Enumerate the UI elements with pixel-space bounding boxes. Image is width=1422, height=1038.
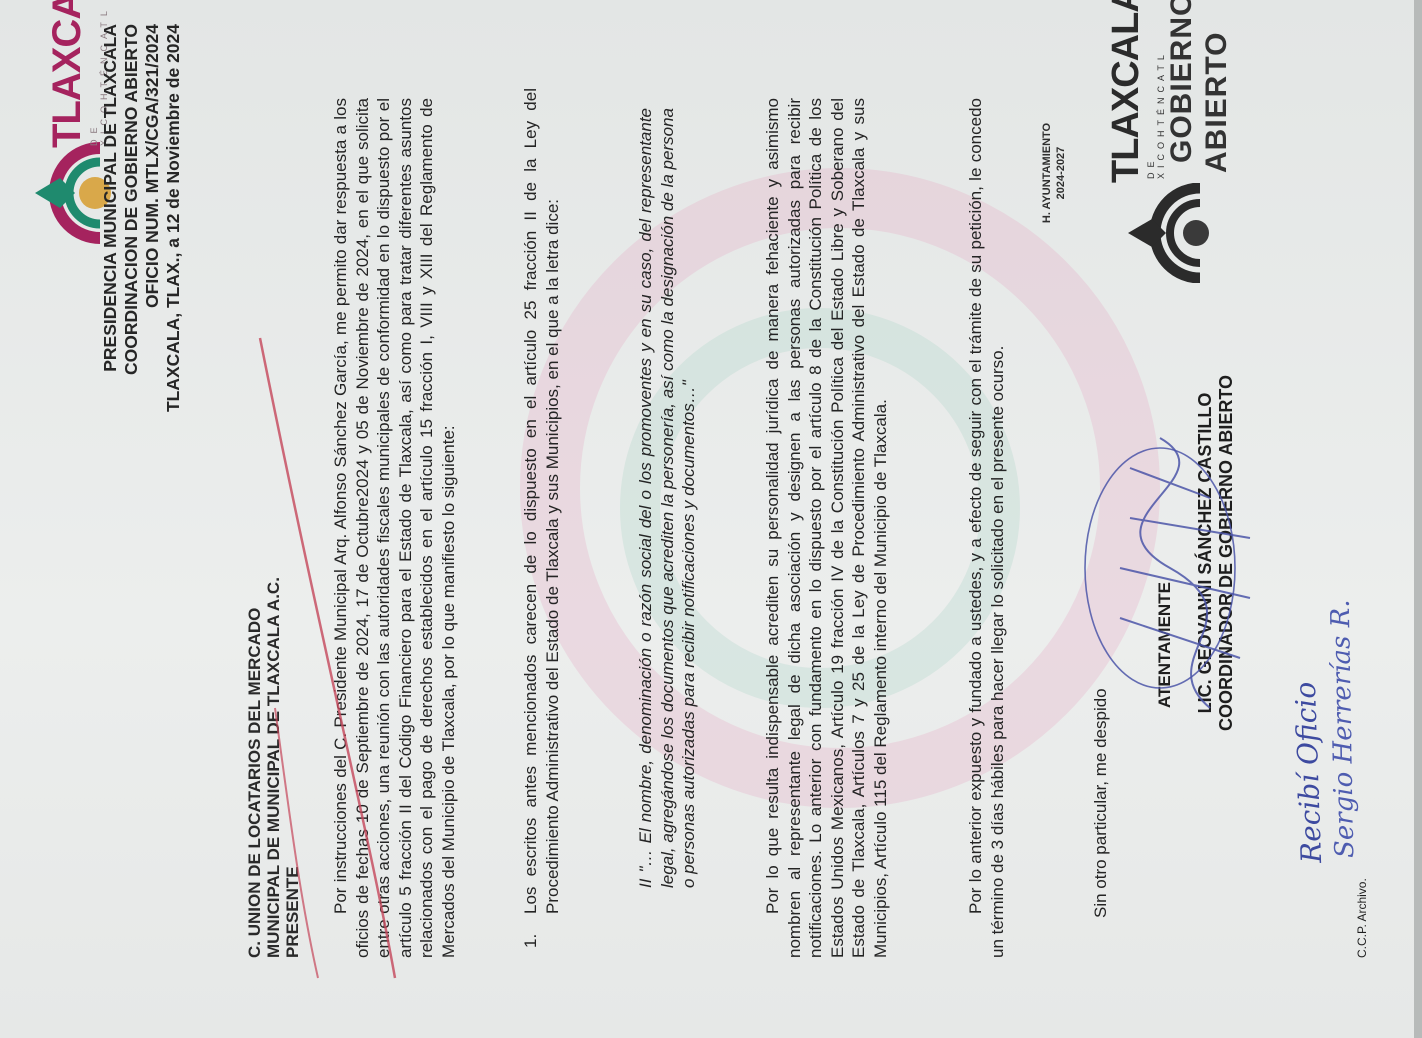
paragraph-3: Por lo anterior expuesto y fundado a ust…: [965, 98, 1008, 958]
signer-block: LIC. GEOVANNI SÁNCHEZ CASTILLO COORDINAD…: [1195, 293, 1237, 813]
stamp-gobierno: GOBIERNO: [1165, 0, 1199, 163]
list-item-number: 1.: [520, 934, 542, 948]
addressee-line2: MUNICIPAL DE MUNICIPAL DE TLAXCALA A.C.: [264, 577, 283, 958]
header-date: TLAXCALA, TLAX., a 12 de Noviembre de 20…: [163, 24, 184, 584]
addressee-line3: PRESENTE: [283, 577, 302, 958]
handwritten-name: Sergio Herrerías R.: [1326, 599, 1361, 858]
list-item-1: 1. Los escritos antes mencionados carece…: [520, 88, 563, 948]
paragraph-2: Por lo que resulta indispensable acredit…: [762, 98, 891, 958]
stamp-abierto: ABIERTO: [1200, 32, 1234, 173]
stamp-ayuntamiento-label: H. AYUNTAMIENTO: [1040, 103, 1054, 243]
stamp-emblem-icon: [1110, 183, 1210, 283]
cc-archive: C.C.P. Archivo.: [1355, 878, 1369, 958]
document-page: TLAXCALA DE XICOHTÉNCATL PRESIDENCIA MUN…: [0, 0, 1422, 1038]
closing-line: Sin otro particular, me despido: [1090, 688, 1112, 918]
header-coordinacion: COORDINACION DE GOBIERNO ABIERTO: [121, 24, 142, 584]
logo-brand: TLAXCALA: [45, 0, 90, 148]
list-item-text: Los escritos antes mencionados carecen d…: [520, 88, 563, 914]
stamp-ayuntamiento: H. AYUNTAMIENTO 2024-2027: [1040, 103, 1068, 243]
photo-edge: [1414, 0, 1422, 1038]
paragraph-1: Por instrucciones del C. Presidente Muni…: [330, 98, 459, 958]
stamp-subtitle: DE XICOHTÉNCATL: [1146, 23, 1166, 179]
legal-quote: II "… El nombre, denominación o razón so…: [635, 108, 700, 888]
paragraph-3-text: Por lo anterior expuesto y fundado a ust…: [966, 98, 1007, 958]
handwritten-received: Recibí Oficio: [1289, 681, 1328, 863]
stamp-period: 2024-2027: [1054, 103, 1068, 243]
addressee-line1: C. UNION DE LOCATARIOS DEL MERCADO: [245, 577, 264, 958]
addressee-block: C. UNION DE LOCATARIOS DEL MERCADO MUNIC…: [245, 577, 302, 958]
paragraph-1-text: Por instrucciones del C. Presidente Muni…: [331, 98, 458, 958]
letterhead: PRESIDENCIA MUNICIPAL DE TLAXCALA COORDI…: [100, 24, 184, 584]
stamp-brand: TLAXCALA: [1105, 0, 1148, 183]
atentamente-label: ATENTAMENTE: [1155, 582, 1175, 708]
paragraph-2-text: Por lo que resulta indispensable acredit…: [763, 98, 890, 958]
signer-title: COORDINADOR DE GOBIERNO ABIERTO: [1216, 293, 1237, 813]
official-stamp: H. AYUNTAMIENTO 2024-2027 TLAXCALA DE XI…: [1040, 23, 1250, 303]
header-presidencia: PRESIDENCIA MUNICIPAL DE TLAXCALA: [100, 24, 121, 584]
signer-name: LIC. GEOVANNI SÁNCHEZ CASTILLO: [1195, 293, 1216, 813]
header-oficio-num: OFICIO NUM. MTLX/CGA/321/2024: [142, 24, 163, 584]
